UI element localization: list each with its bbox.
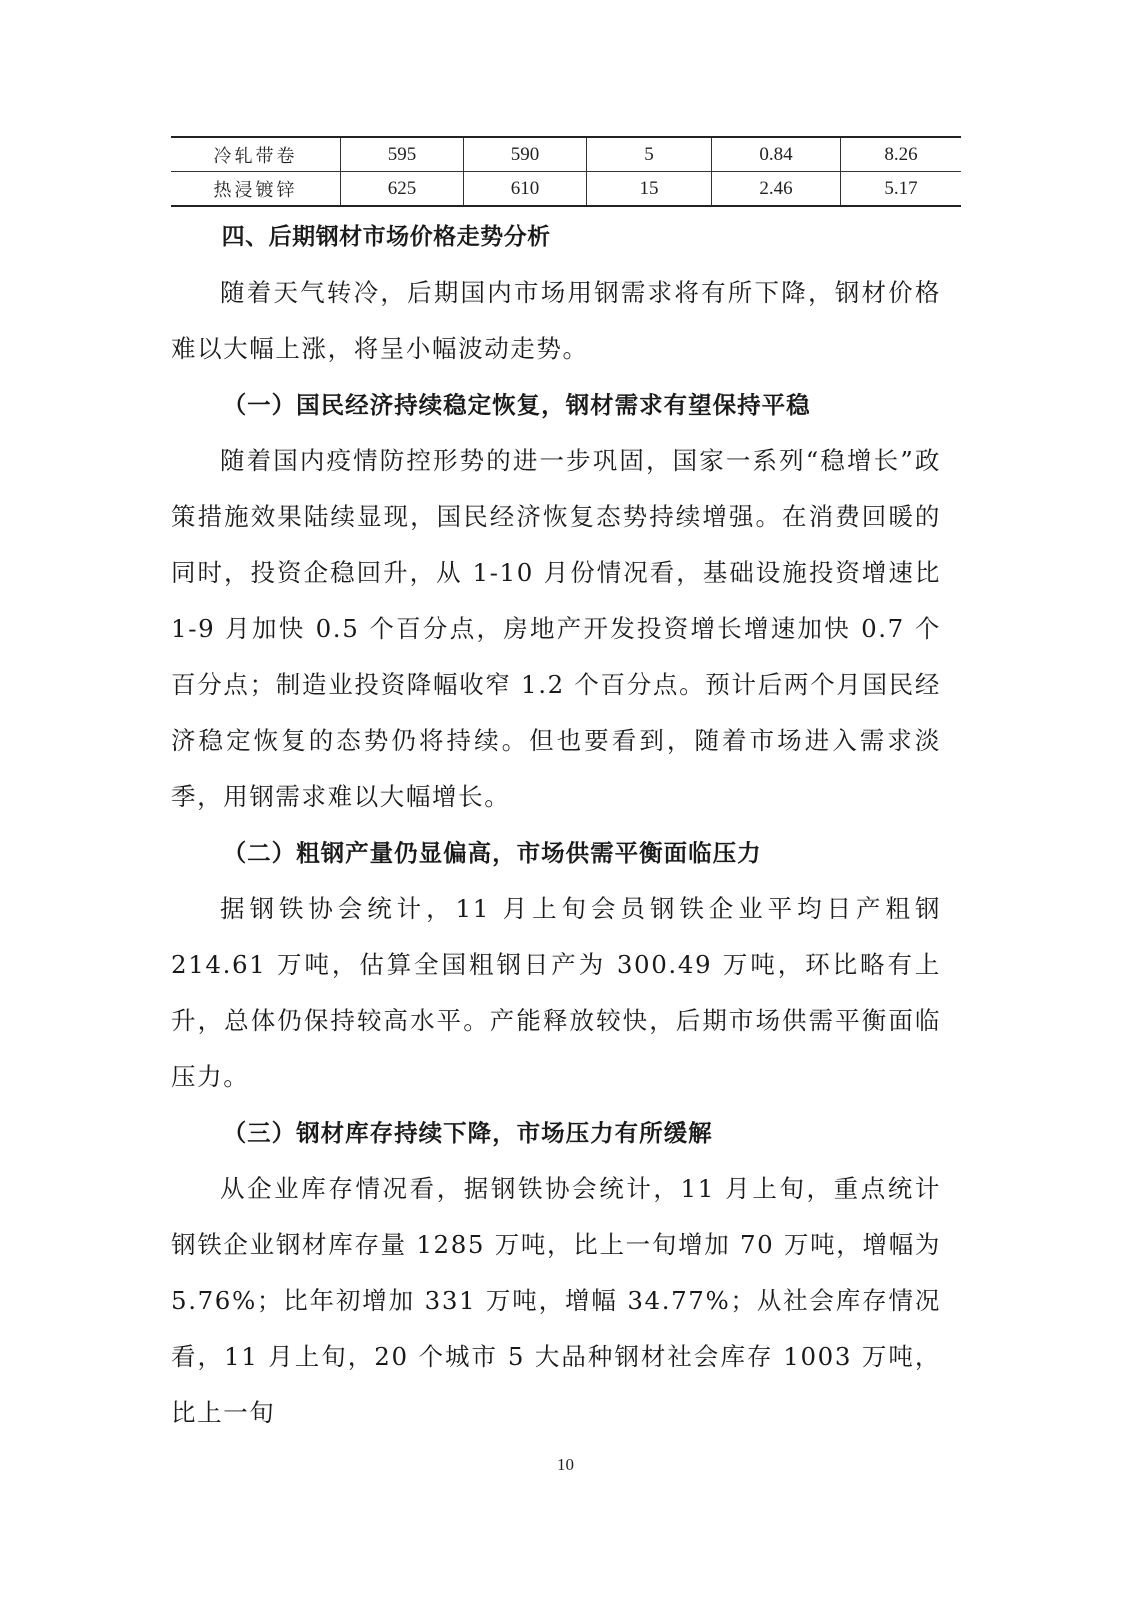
table-cell: 0.84	[712, 137, 841, 172]
subsection-heading-1: （一）国民经济持续稳定恢复，钢材需求有望保持平稳	[171, 377, 941, 433]
section-heading: 四、后期钢材市场价格走势分析	[171, 209, 941, 265]
table-cell: 610	[464, 172, 587, 207]
table-cell-product: 热浸镀锌	[171, 172, 341, 207]
table-cell: 625	[341, 172, 464, 207]
subsection-heading-3: （三）钢材库存持续下降，市场压力有所缓解	[171, 1105, 941, 1161]
price-table: 冷轧带卷 595 590 5 0.84 8.26 热浸镀锌 625 610 15…	[171, 136, 961, 207]
table-cell: 595	[341, 137, 464, 172]
table-cell: 8.26	[841, 137, 962, 172]
subsection-body-3: 从企业库存情况看，据钢铁协会统计，11 月上旬，重点统计钢铁企业钢材库存量 12…	[171, 1161, 941, 1441]
body-text: 四、后期钢材市场价格走势分析 随着天气转冷，后期国内市场用钢需求将有所下降，钢材…	[171, 209, 941, 1441]
subsection-body-1: 随着国内疫情防控形势的进一步巩固，国家一系列“稳增长”政策措施效果陆续显现，国民…	[171, 433, 941, 825]
subsection-heading-2: （二）粗钢产量仍显偏高，市场供需平衡面临压力	[171, 825, 941, 881]
table-cell: 590	[464, 137, 587, 172]
document-page: 冷轧带卷 595 590 5 0.84 8.26 热浸镀锌 625 610 15…	[0, 0, 1131, 1600]
table-row: 热浸镀锌 625 610 15 2.46 5.17	[171, 172, 961, 207]
subsection-body-2: 据钢铁协会统计，11 月上旬会员钢铁企业平均日产粗钢 214.61 万吨，估算全…	[171, 881, 941, 1105]
table-row: 冷轧带卷 595 590 5 0.84 8.26	[171, 137, 961, 172]
table-cell: 5	[587, 137, 712, 172]
table-cell: 5.17	[841, 172, 962, 207]
table-cell-product: 冷轧带卷	[171, 137, 341, 172]
page-number: 10	[0, 1455, 1131, 1475]
table-cell: 15	[587, 172, 712, 207]
section-intro: 随着天气转冷，后期国内市场用钢需求将有所下降，钢材价格难以大幅上涨，将呈小幅波动…	[171, 265, 941, 377]
table-cell: 2.46	[712, 172, 841, 207]
